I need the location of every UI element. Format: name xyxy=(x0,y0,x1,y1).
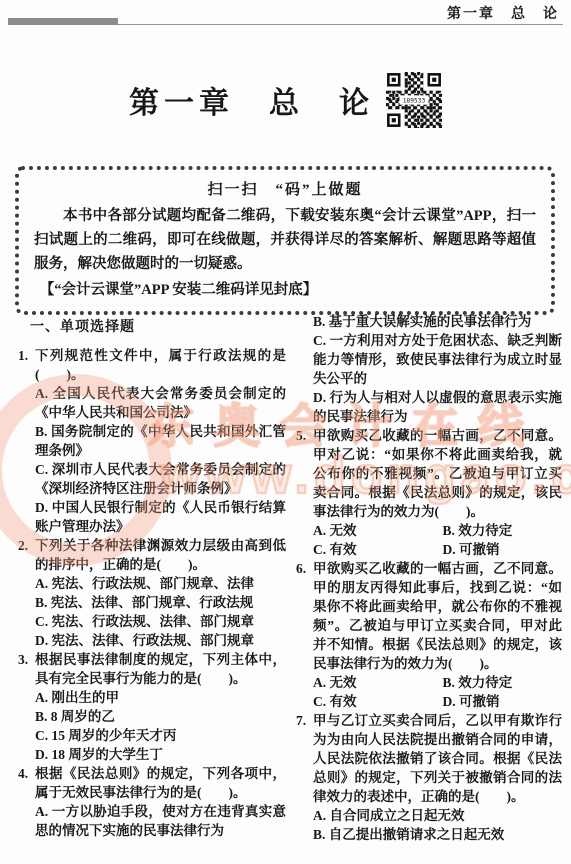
question-number: 6. xyxy=(296,559,313,711)
question-1: 1. 下列规范性文件中，属于行政法规的是( )。 A. 全国人民代表大会常务委员… xyxy=(18,346,286,536)
option: A. 一方以胁迫手段，使对方在违背真实意思的情况下实施的民事法律行为 xyxy=(35,802,286,840)
option: A. 无效 xyxy=(313,673,442,692)
option: A. 刚出生的甲 xyxy=(35,688,286,707)
question-number xyxy=(296,312,313,426)
option: C. 宪法、行政法规、法律、部门规章 xyxy=(35,612,286,631)
question-number: 4. xyxy=(18,764,35,840)
header-accent-bar xyxy=(8,18,118,25)
question-stem: 甲欲购买乙收藏的一幅古画，乙不同意。甲对乙说：“如果你不将此画卖给我，就公布你的… xyxy=(313,426,562,521)
option: C. 一方利用对方处于危困状态、缺乏判断能力等情形，致使民事法律行为成立时显失公… xyxy=(313,331,562,388)
option: D. 可撤销 xyxy=(442,692,562,711)
chapter-title: 第一章 总 论 xyxy=(129,78,374,122)
question-number: 7. xyxy=(296,711,313,844)
question-column-left: 一、单项选择题 1. 下列规范性文件中，属于行政法规的是( )。 A. 全国人民… xyxy=(18,318,286,840)
question-stem: 甲与乙订立买卖合同后，乙以甲有欺诈行为为由向人民法院提出撤销合同的申请，人民法院… xyxy=(313,711,562,806)
question-number: 3. xyxy=(18,650,35,764)
option: C. 15 周岁的少年天才丙 xyxy=(35,726,286,745)
option: C. 深圳市人民代表大会常务委员会制定的《深圳经济特区注册会计师条例》 xyxy=(35,460,286,498)
option: B. 效力待定 xyxy=(442,673,562,692)
question-4: 4. 根据《民法总则》的规定，下列各项中，属于无效民事法律行为的是( )。 A.… xyxy=(18,764,286,840)
question-column-right: B. 基于重大误解实施的民事法律行为 C. 一方利用对方处于危困状态、缺乏判断能… xyxy=(296,312,562,844)
question-stem: 根据民事法律制度的规定，下列主体中，具有完全民事行为能力的是( )。 xyxy=(35,650,286,688)
option: B. 国务院制定的《中华人民共和国外汇管理条例》 xyxy=(35,422,286,460)
question-5: 5. 甲欲购买乙收藏的一幅古画，乙不同意。甲对乙说：“如果你不将此画卖给我，就公… xyxy=(296,426,562,559)
question-number: 2. xyxy=(18,536,35,650)
option: D. 18 周岁的大学生丁 xyxy=(35,745,286,764)
book-page: 第一章 总 论 第一章 总 论 xyxy=(0,0,571,864)
option: A. 宪法、行政法规、部门规章、法律 xyxy=(35,574,286,593)
question-stem: 下列关于各种法律渊源效力层级由高到低的排序中，正确的是( )。 xyxy=(35,536,286,574)
question-stem: 甲欲购买乙收藏的一幅古画，乙不同意。甲的朋友丙得知此事后，找到乙说：“如果你不将… xyxy=(313,559,562,673)
option: D. 宪法、法律、行政法规、部门规章 xyxy=(35,631,286,650)
option: B. 宪法、法律、部门规章、行政法规 xyxy=(35,593,286,612)
question-stem: 根据《民法总则》的规定，下列各项中，属于无效民事法律行为的是( )。 xyxy=(35,764,286,802)
question-stem: 下列规范性文件中，属于行政法规的是( )。 xyxy=(35,346,286,384)
option: B. 效力待定 xyxy=(442,521,562,540)
notice-box: 扫一扫 “码”上做题 本书中各部分试题均配备二维码，下载安装东奥“会计云课堂”A… xyxy=(15,166,555,315)
option: C. 有效 xyxy=(313,540,442,559)
section-heading: 一、单项选择题 xyxy=(18,318,286,337)
notice-title: 扫一扫 “码”上做题 xyxy=(34,178,536,199)
option: A. 无效 xyxy=(313,521,442,540)
qr-code-icon: 189533 xyxy=(386,72,442,128)
running-header: 第一章 总 论 xyxy=(447,3,559,23)
option: D. 行为人与相对人以虚假的意思表示实施的民事法律行为 xyxy=(313,388,562,426)
option: D. 可撤销 xyxy=(442,540,562,559)
notice-body: 本书中各部分试题均配备二维码，下载安装东奥“会计云课堂”APP，扫一扫试题上的二… xyxy=(34,204,536,276)
option: D. 中国人民银行制定的《人民币银行结算账户管理办法》 xyxy=(35,498,286,536)
question-6: 6. 甲欲购买乙收藏的一幅古画，乙不同意。甲的朋友丙得知此事后，找到乙说：“如果… xyxy=(296,559,562,711)
chapter-title-row: 第一章 总 论 xyxy=(0,72,571,128)
question-3: 3. 根据民事法律制度的规定，下列主体中，具有完全民事行为能力的是( )。 A.… xyxy=(18,650,286,764)
question-2: 2. 下列关于各种法律渊源效力层级由高到低的排序中，正确的是( )。 A. 宪法… xyxy=(18,536,286,650)
option: A. 全国人民代表大会常务委员会制定的《中华人民共和国公司法》 xyxy=(35,384,286,422)
option: C. 有效 xyxy=(313,692,442,711)
option: B. 基于重大误解实施的民事法律行为 xyxy=(313,312,562,331)
question-number: 5. xyxy=(296,426,313,559)
qr-code-label: 189533 xyxy=(403,98,426,105)
question-number: 1. xyxy=(18,346,35,536)
option: B. 自乙提出撤销请求之日起无效 xyxy=(313,825,562,844)
notice-footer: 【“会计云课堂”APP 安装二维码详见封底】 xyxy=(34,278,536,302)
option: A. 自合同成立之日起无效 xyxy=(313,806,562,825)
option: B. 8 周岁的乙 xyxy=(35,707,286,726)
question-7: 7. 甲与乙订立买卖合同后，乙以甲有欺诈行为为由向人民法院提出撤销合同的申请，人… xyxy=(296,711,562,844)
question-4-continued: B. 基于重大误解实施的民事法律行为 C. 一方利用对方处于危困状态、缺乏判断能… xyxy=(296,312,562,426)
